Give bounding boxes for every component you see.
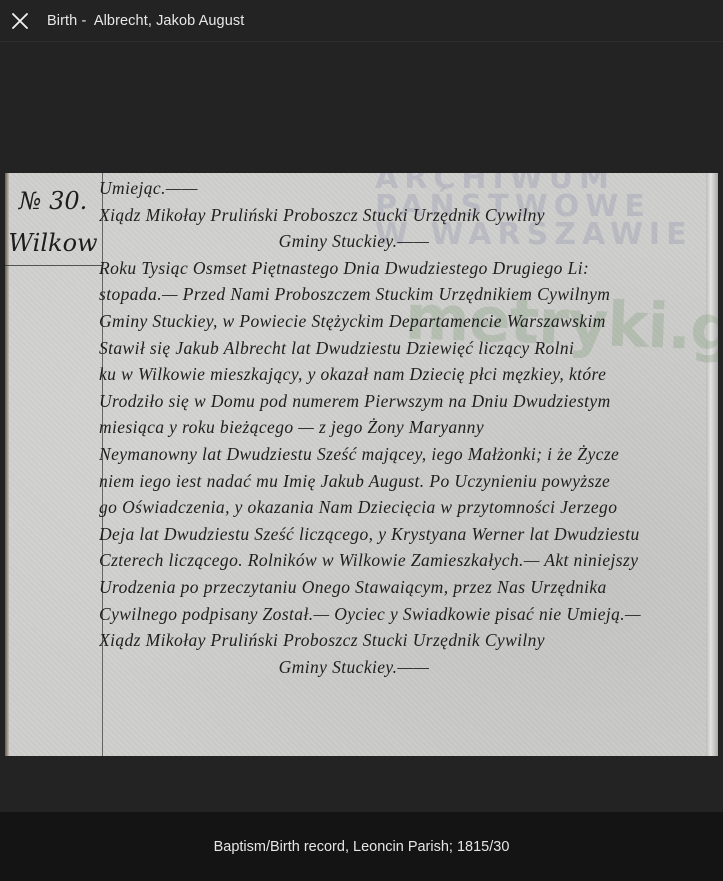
text-line: Umiejąc.—— [99,175,699,202]
text-line: Roku Tysiąc Osmset Piętnastego Dnia Dwud… [99,255,699,282]
record-scan-image[interactable]: ARCHIWUM PAŃSTWOWE W WARSZAWIE metryki.g… [5,173,718,756]
text-line: niem iego iest nadać mu Imię Jakub Augus… [99,468,699,495]
text-line: Urodzenia po przeczytaniu Onego Stawaiąc… [99,574,699,601]
top-bar: Birth - Albrecht, Jakob August [0,0,723,42]
text-line: Xiądz Mikołay Pruliński Proboszcz Stucki… [99,627,699,654]
text-line: Stawił się Jakub Albrecht lat Dwudziestu… [99,335,699,362]
text-line: Cywilnego podpisany Został.— Oyciec y Sw… [99,601,699,628]
text-line: Gminy Stuckiey, w Powiecie Stężyckim Dep… [99,308,699,335]
close-icon [11,12,29,30]
text-line: ku w Wilkowie mieszkający, y okazał nam … [99,361,699,388]
page-right-edge [706,173,718,756]
record-title: Birth - Albrecht, Jakob August [47,13,244,29]
text-line: Gminy Stuckiey.—— [99,228,699,255]
entry-number: № 30. [5,187,101,215]
entry-place: Wilkow [5,229,101,257]
text-line: Neymanowny lat Dwudziestu Sześć mającey,… [99,441,699,468]
text-line: Gminy Stuckiey.—— [99,654,699,681]
page-left-edge [5,173,9,756]
record-caption: Baptism/Birth record, Leoncin Parish; 18… [214,839,510,855]
text-line: Urodziło się w Domu pod numerem Pierwszy… [99,388,699,415]
margin-divider [5,265,103,266]
text-line: miesiąca y roku bieżącego — z jego Żony … [99,414,699,441]
text-line: Xiądz Mikołay Pruliński Proboszcz Stucki… [99,202,699,229]
text-line: stopada.— Przed Nami Proboszczem Stuckim… [99,281,699,308]
text-line: Deja lat Dwudziestu Sześć liczącego, y K… [99,521,699,548]
close-button[interactable] [0,0,40,41]
text-line: Czterech liczącego. Rolników w Wilkowie … [99,547,699,574]
caption-bar: Baptism/Birth record, Leoncin Parish; 18… [0,812,723,881]
handwritten-text: Umiejąc.—— Xiądz Mikołay Pruliński Probo… [99,175,699,680]
text-line: go Oświadczenia, y okazania Nam Dziecięc… [99,494,699,521]
